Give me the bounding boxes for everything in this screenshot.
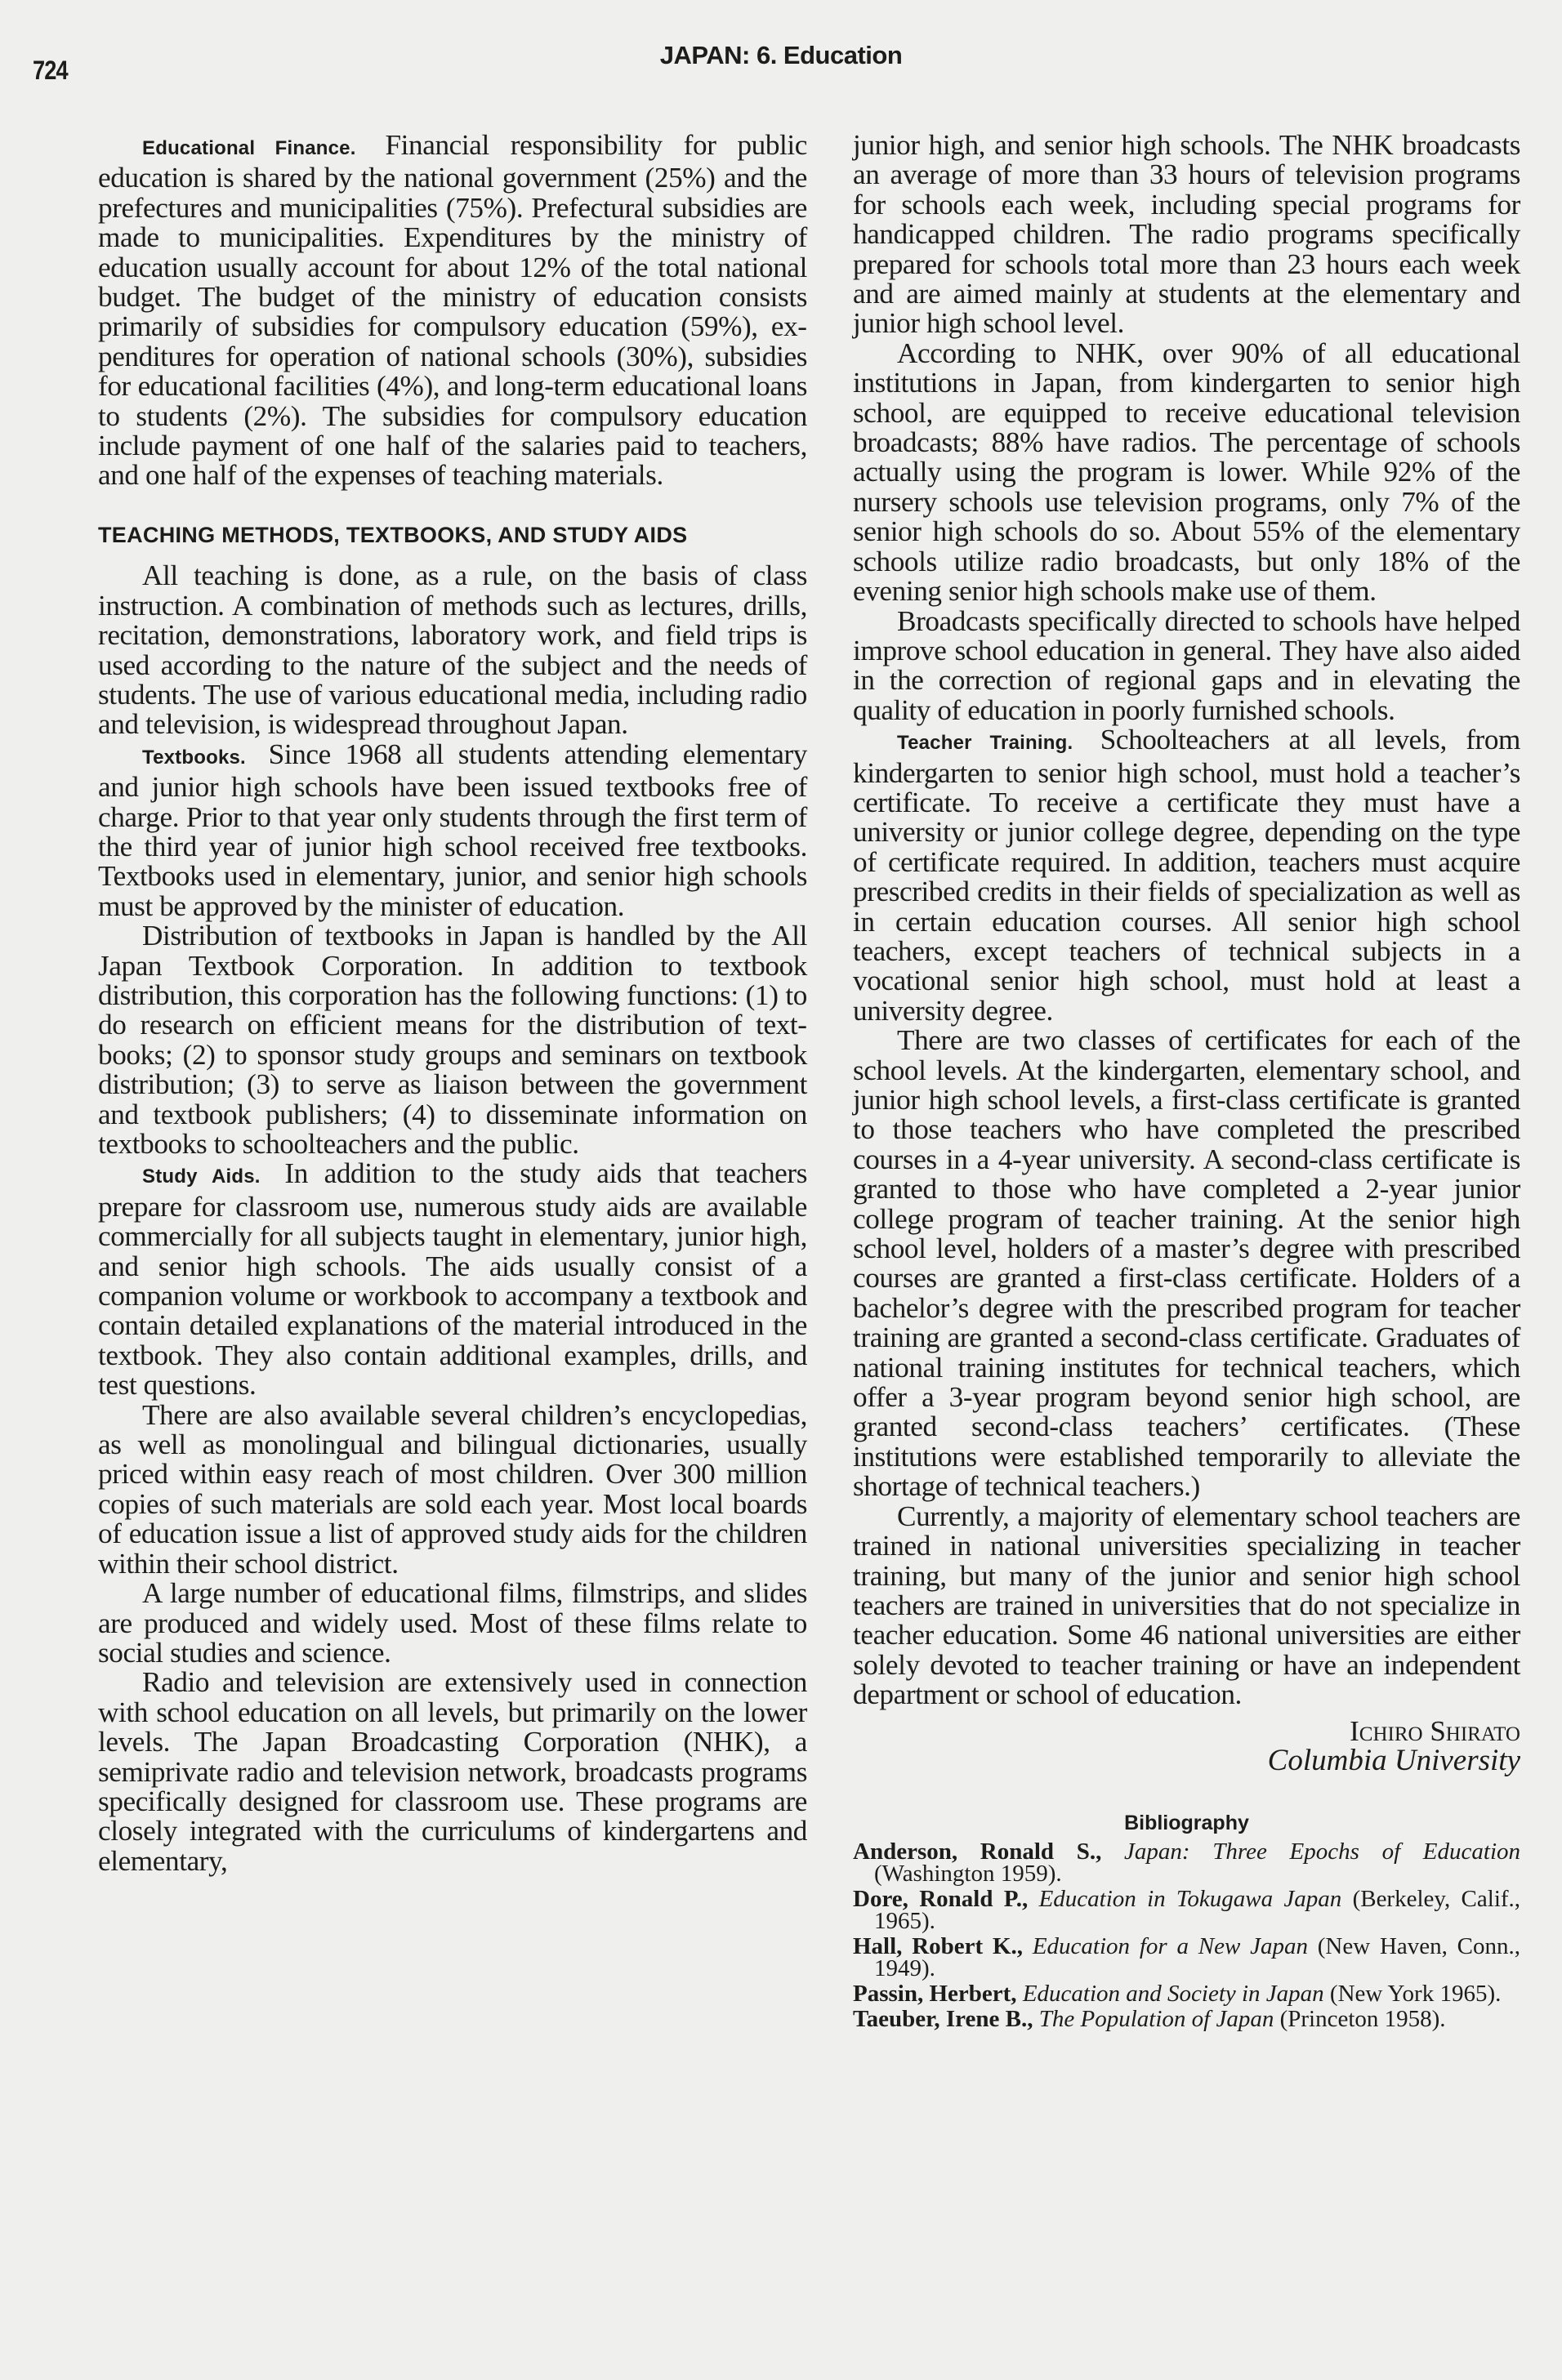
paragraph-teaching: All teaching is done, as a rule, on the … [98,561,807,739]
bib-publication: (Washington 1959). [874,1861,1062,1887]
paragraph-nhk-stats: According to NHK, over 90% of all educa­… [853,339,1520,607]
bib-title: Education and Society in Japan [1023,1981,1324,2007]
bibliography-entry: Passin, Herbert, Education and Society i… [853,1983,1520,2005]
bib-publication: (New York 1965). [1330,1981,1501,2007]
bibliography-entry: Dore, Ronald P., Education in Tokugawa J… [853,1888,1520,1932]
bib-title: Japan: Three Epochs of Education [1124,1838,1520,1865]
paragraph-broadcasts: Broadcasts specifically directed to scho… [853,607,1520,726]
runin-heading-study-aids: Study Aids. [142,1165,261,1188]
paragraph-study-aids: Study Aids. In addition to the study aid… [98,1159,807,1400]
author-signature: Ichiro Shirato Columbia University [853,1717,1520,1776]
paragraph-teacher-training: Teacher Training. Schoolteachers at all … [853,725,1520,1026]
runin-heading-textbooks: Textbooks. [142,747,246,769]
bib-title: The Population of Japan [1039,2006,1274,2032]
running-head: JAPAN: 6. Education [0,41,1562,70]
paragraph-certificates: There are two classes of certificates fo… [853,1026,1520,1502]
paragraph-text: Schoolteachers at all levels, from kinde… [853,724,1520,1027]
runin-heading-educational-finance: Educational Finance. [142,137,356,159]
left-column: Educational Finance. Financial responsib… [98,131,807,1876]
paragraph-films: A large number of educational films, fil… [98,1579,807,1668]
paragraph-encyclopedias: There are also available several childre… [98,1401,807,1579]
bib-author: Taeuber, Irene B., [853,2006,1033,2032]
bibliography-entry: Taeuber, Irene B., The Population of Jap… [853,2008,1520,2030]
bibliography-entry: Hall, Robert K., Education for a New Jap… [853,1936,1520,1980]
bib-publication: (Princeton 1958). [1280,2006,1446,2032]
right-column: junior high, and senior high schools. Th… [853,131,1520,2034]
runin-heading-teacher-training: Teacher Training. [897,732,1073,754]
paragraph-text: Financial responsibility for public educ… [98,129,807,491]
paragraph-nhk-continued: junior high, and senior high schools. Th… [853,131,1520,339]
paragraph-textbooks: Textbooks. Since 1968 all students atten… [98,740,807,921]
bibliography-list: Anderson, Ronald S., Japan: Three Epochs… [853,1841,1520,2030]
bib-title: Education in Tokugawa Japan [1039,1886,1342,1912]
bib-title: Education for a New Japan [1033,1933,1308,1959]
author-affiliation: Columbia University [853,1746,1520,1776]
bibliography-heading: Bibliography [853,1808,1520,1838]
bib-author: Passin, Herbert, [853,1981,1017,2007]
paragraph-radio-television: Radio and television are extensively use… [98,1668,807,1876]
paragraph-distribution: Distribution of textbooks in Japan is ha… [98,921,807,1159]
author-name: Ichiro Shirato [853,1717,1520,1746]
paragraph-universities: Currently, a majority of elementary scho… [853,1502,1520,1710]
paragraph-text: In addition to the study aids that teach… [98,1157,807,1401]
paragraph-educational-finance: Educational Finance. Financial responsib… [98,131,807,491]
bibliography-entry: Anderson, Ronald S., Japan: Three Epochs… [853,1841,1520,1885]
section-heading: TEACHING METHODS, TEXTBOOKS, AND STUDY A… [98,520,807,550]
